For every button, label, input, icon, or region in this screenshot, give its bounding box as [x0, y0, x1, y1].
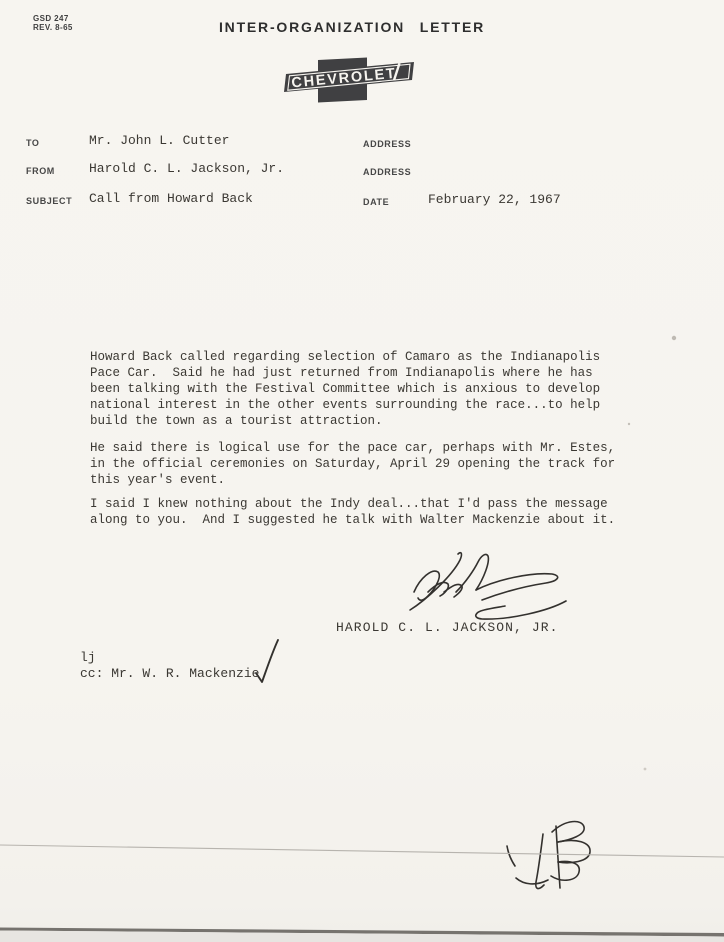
to-value: Mr. John L. Cutter — [89, 133, 229, 148]
scan-bottom-edge — [0, 928, 724, 937]
address-label-2: ADDRESS — [363, 167, 411, 177]
fold-line — [0, 845, 724, 857]
subject-label: SUBJECT — [26, 196, 72, 206]
from-value: Harold C. L. Jackson, Jr. — [89, 161, 284, 176]
scan-bottom-band — [0, 931, 724, 942]
paper-speck — [644, 768, 647, 771]
from-label: FROM — [26, 166, 55, 176]
body-paragraph-1: Howard Back called regarding selection o… — [90, 349, 660, 429]
cc-line: cc: Mr. W. R. Mackenzie — [80, 666, 259, 681]
date-label: DATE — [363, 197, 389, 207]
paper-speck — [672, 336, 676, 340]
address-label-1: ADDRESS — [363, 139, 411, 149]
chevrolet-bowtie-logo: CHEVROLET — [284, 56, 416, 104]
date-value: February 22, 1967 — [428, 192, 561, 207]
handwritten-initials — [494, 814, 608, 898]
body-paragraph-3: I said I knew nothing about the Indy dea… — [90, 496, 660, 528]
typist-initials: lj — [80, 650, 96, 665]
to-label: TO — [26, 138, 40, 148]
handwritten-checkmark — [250, 636, 284, 688]
handwritten-signature — [398, 548, 570, 624]
body-paragraph-2: He said there is logical use for the pac… — [90, 440, 660, 488]
typed-signature-name: HAROLD C. L. JACKSON, JR. — [336, 620, 559, 635]
scanned-letter-page: GSD 247 REV. 8-65 INTER-ORGANIZATION LET… — [0, 0, 724, 942]
letter-title: INTER-ORGANIZATION LETTER — [0, 19, 704, 35]
subject-value: Call from Howard Back — [89, 191, 253, 206]
